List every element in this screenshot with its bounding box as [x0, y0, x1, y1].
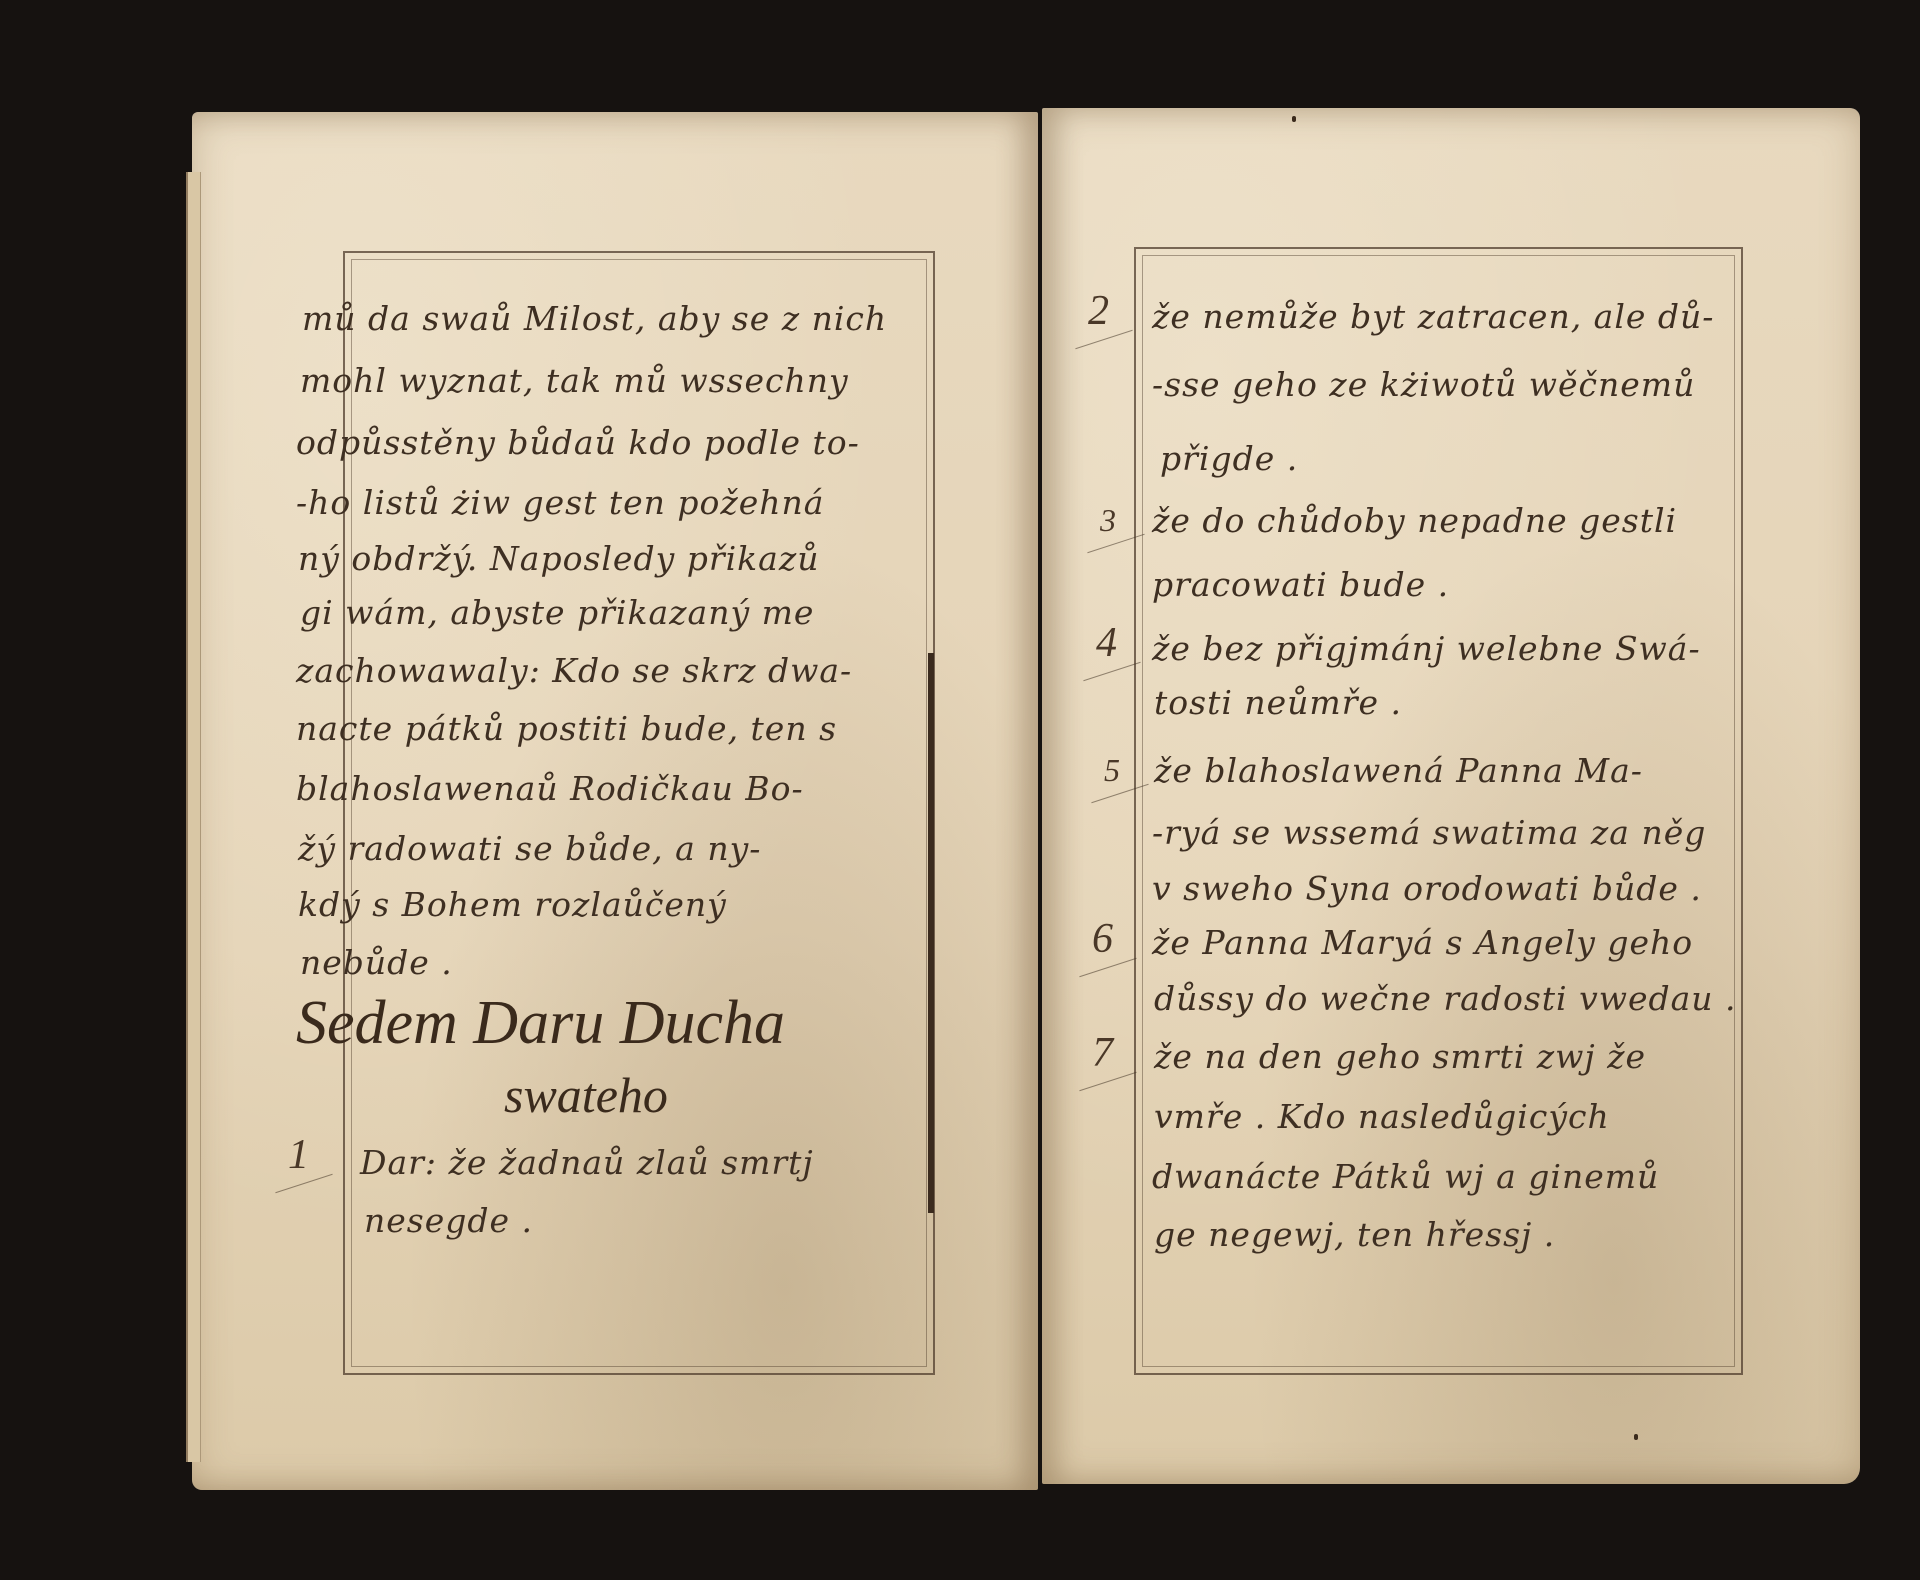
left-text-line: zachowawaly: Kdo se skrz dwa- [296, 654, 852, 687]
left-text-line: gi wám, abyste přikazaný me [300, 596, 814, 629]
left-text-line: odpůsstěny bůdaů kdo podle to- [296, 426, 860, 459]
item-text-line: -ryá se wssemá swatima za něg [1152, 816, 1706, 849]
item-text-line: Dar: že žadnaů zlaů smrtj [360, 1146, 814, 1179]
left-text-line: ný obdržý. Naposledy přikazů [298, 542, 820, 575]
item-text-line: pracowati bude . [1152, 568, 1449, 601]
item-text-line: že do chůdoby nepadne gestli [1152, 504, 1677, 537]
item-text-line: v sweho Syna orodowati bůde . [1152, 872, 1702, 905]
item-text-line: že bez přigjmánj welebne Swá- [1152, 632, 1701, 665]
item-number: 6 [1092, 918, 1113, 960]
item-text-line: ge negewj, ten hřessj . [1154, 1218, 1555, 1251]
item-text-line: dwanácte Pátků wj a ginemů [1152, 1160, 1659, 1193]
left-text-line: nebůde . [300, 946, 453, 979]
left-text-line: blahoslawenaů Rodičkau Bo- [296, 772, 804, 805]
item-text-line: že na den geho smrti zwj že [1154, 1040, 1646, 1073]
left-text-line: -ho listů żiw gest ten požehná [296, 486, 824, 519]
item-text-line: nesegde . [364, 1204, 533, 1237]
item-text-line: -sse geho ze kżiwotů wěčnemů [1152, 368, 1695, 401]
ink-speck [1292, 116, 1296, 122]
item-text-line: důssy do wečne radosti vwedau . [1154, 982, 1737, 1015]
left-text-line: nacte pátků postiti bude, ten s [296, 712, 837, 745]
right-page: 2 že nemůže byt zatracen, ale dů- -sse g… [1042, 108, 1860, 1484]
item-number: 2 [1088, 290, 1109, 332]
item-text-line: že blahoslawená Panna Ma- [1154, 754, 1643, 787]
item-text-line: přigde . [1160, 442, 1298, 475]
frame-ink-rule [928, 653, 934, 1213]
item-text-line: tosti neůmře . [1154, 686, 1402, 719]
item-number: 4 [1096, 622, 1117, 664]
left-page: mů da swaů Milost, aby se z nich mohl wy… [192, 112, 1038, 1490]
item-number: 1 [288, 1134, 309, 1176]
left-text-line: mů da swaů Milost, aby se z nich [302, 302, 887, 335]
right-page-border-frame [1134, 247, 1743, 1375]
item-number: 7 [1092, 1032, 1113, 1074]
section-subheading: swateho [504, 1070, 668, 1120]
item-text-line: že nemůže byt zatracen, ale dů- [1152, 300, 1714, 333]
left-text-line: kdý s Bohem rozlaůčený [298, 888, 727, 921]
item-number: 3 [1100, 504, 1116, 536]
item-text-line: vmře . Kdo nasledůgicých [1154, 1100, 1610, 1133]
open-manuscript-booklet: mů da swaů Milost, aby se z nich mohl wy… [0, 0, 1920, 1580]
item-text-line: že Panna Maryá s Angely geho [1152, 926, 1693, 959]
left-text-line: žý radowati se bůde, a ny- [298, 832, 761, 865]
ink-speck [1634, 1434, 1638, 1440]
section-heading: Sedem Daru Ducha [296, 992, 785, 1054]
left-text-line: mohl wyznat, tak mů wssechny [300, 364, 849, 397]
item-number: 5 [1104, 754, 1120, 786]
